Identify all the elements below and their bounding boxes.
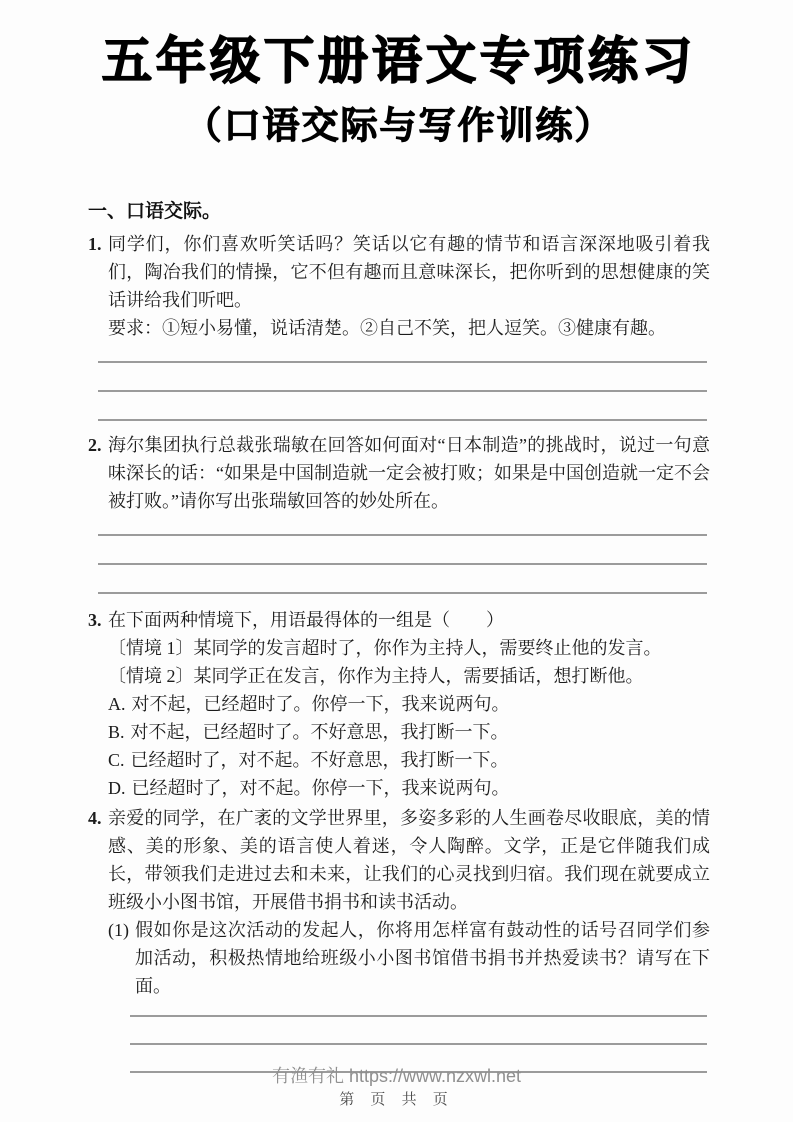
option-b-label: B. (108, 722, 125, 742)
option-d-text: 已经超时了，对不起。你停一下，我来说两句。 (132, 778, 510, 798)
page-content: 五年级下册语文专项练习 （口语交际与写作训练） 一、口语交际。 1. 同学们，你… (88, 0, 710, 1073)
option-b-text: 对不起，已经超时了。不好意思，我打断一下。 (131, 722, 509, 742)
option-d-label: D. (108, 778, 126, 798)
question-4: 4. 亲爱的同学，在广袤的文学世界里，多姿多彩的人生画卷尽收眼底，美的情感、美的… (88, 804, 710, 1000)
answer-lines-q4 (130, 1000, 707, 1073)
question-4-sub-1: (1) 假如你是这次活动的发起人，你将用怎样富有鼓动性的话号召同学们参加活动，积… (108, 916, 710, 1000)
question-3-scenario-2: 〔情境 2〕某同学正在发言，你作为主持人，需要插话，想打断他。 (108, 662, 710, 690)
question-4-text: 亲爱的同学，在广袤的文学世界里，多姿多彩的人生画卷尽收眼底，美的情感、美的形象、… (108, 804, 710, 916)
answer-lines-q1 (98, 342, 707, 421)
question-2-text: 海尔集团执行总裁张瑞敏在回答如何面对“日本制造”的挑战时，说过一句意味深长的话：… (108, 431, 710, 515)
answer-line (98, 342, 707, 363)
question-3-number: 3. (88, 606, 102, 634)
footer-watermark: 有渔有礼 https://www.nzxwl.net (0, 1065, 793, 1087)
option-a: A.对不起，已经超时了。你停一下，我来说两句。 (108, 690, 710, 718)
question-2-number: 2. (88, 431, 102, 459)
question-1-number: 1. (88, 230, 102, 258)
answer-line (98, 363, 707, 392)
option-c: C.已经超时了，对不起。不好意思，我打断一下。 (108, 746, 710, 774)
option-a-label: A. (108, 694, 126, 714)
option-a-text: 对不起，已经超时了。你停一下，我来说两句。 (132, 694, 510, 714)
question-4-sub-1-number: (1) (108, 916, 129, 944)
answer-lines-q2 (98, 515, 707, 594)
answer-line (98, 536, 707, 565)
option-c-text: 已经超时了，对不起。不好意思，我打断一下。 (131, 750, 509, 770)
answer-line (130, 1000, 707, 1017)
answer-line (130, 1017, 707, 1045)
answer-line (98, 392, 707, 421)
question-2: 2. 海尔集团执行总裁张瑞敏在回答如何面对“日本制造”的挑战时，说过一句意味深长… (88, 431, 710, 515)
question-1: 1. 同学们，你们喜欢听笑话吗？笑话以它有趣的情节和语言深深地吸引着我们，陶冶我… (88, 230, 710, 342)
question-1-text: 同学们，你们喜欢听笑话吗？笑话以它有趣的情节和语言深深地吸引着我们，陶冶我们的情… (108, 230, 710, 314)
footer-page-indicator: 第 页 共 页 (0, 1090, 793, 1110)
question-3-scenario-1: 〔情境 1〕某同学的发言超时了，你作为主持人，需要终止他的发言。 (108, 634, 710, 662)
answer-line (98, 565, 707, 594)
page-footer: 有渔有礼 https://www.nzxwl.net 第 页 共 页 (0, 1065, 793, 1110)
question-3-text: 在下面两种情境下，用语最得体的一组是（ ） (108, 606, 710, 634)
question-4-sub-1-text: 假如你是这次活动的发起人，你将用怎样富有鼓动性的话号召同学们参加活动，积极热情地… (135, 916, 710, 1000)
option-c-label: C. (108, 750, 125, 770)
question-3: 3. 在下面两种情境下，用语最得体的一组是（ ） 〔情境 1〕某同学的发言超时了… (88, 606, 710, 802)
question-4-number: 4. (88, 804, 102, 832)
page-subtitle: （口语交际与写作训练） (88, 104, 710, 148)
worksheet-page: 五年级下册语文专项练习 （口语交际与写作训练） 一、口语交际。 1. 同学们，你… (0, 0, 793, 1122)
page-title: 五年级下册语文专项练习 (88, 32, 710, 90)
answer-line (98, 515, 707, 536)
option-d: D.已经超时了，对不起。你停一下，我来说两句。 (108, 774, 710, 802)
option-b: B.对不起，已经超时了。不好意思，我打断一下。 (108, 718, 710, 746)
question-1-requirements: 要求：①短小易懂，说话清楚。②自己不笑，把人逗笑。③健康有趣。 (108, 314, 710, 342)
section-heading-oral-communication: 一、口语交际。 (88, 200, 710, 224)
